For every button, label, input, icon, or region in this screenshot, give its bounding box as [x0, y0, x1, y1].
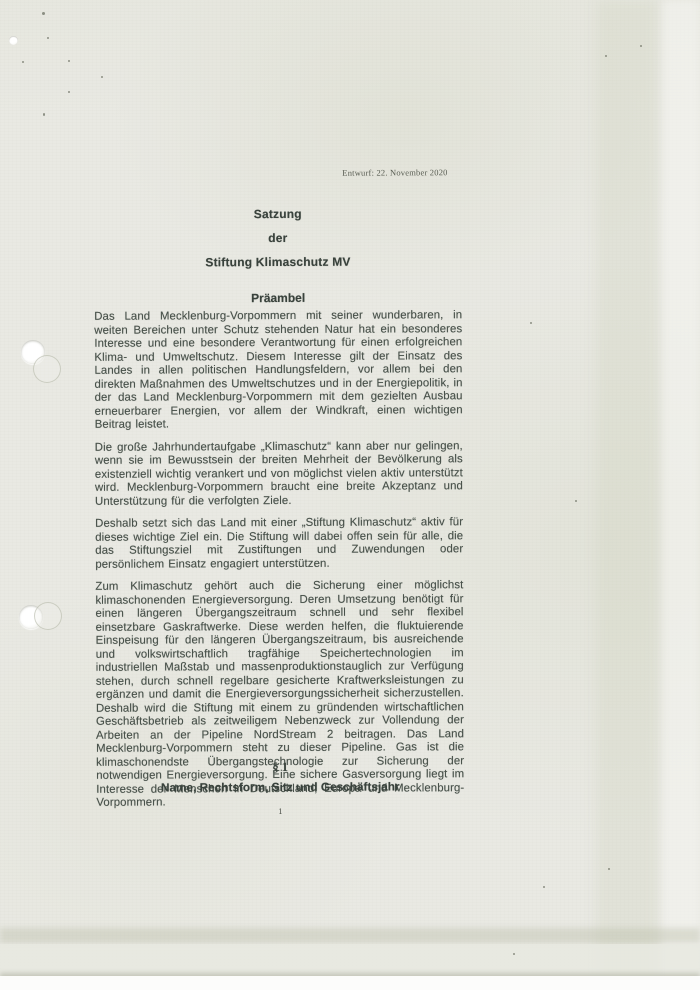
scan-speck [42, 12, 45, 15]
title-line-der: der [94, 225, 462, 251]
preamble-paragraph-4: Zum Klimaschutz gehört auch die Sicherun… [95, 579, 464, 810]
punch-hole-lower-ghost [34, 602, 62, 630]
scan-speck [47, 37, 49, 39]
document-title: Satzung der Stiftung Klimaschutz MV [94, 201, 462, 275]
scan-speck [543, 886, 545, 888]
scan-speck [530, 322, 532, 324]
title-line-satzung: Satzung [94, 201, 462, 227]
scan-speck [43, 113, 45, 116]
preamble-paragraph-3: Deshalb setzt sich das Land mit einer „S… [95, 516, 463, 572]
punch-hole-upper-ghost [33, 355, 61, 383]
scanned-document-page: Entwurf: 22. November 2020 Satzung der S… [0, 0, 700, 990]
scan-speck [513, 953, 515, 955]
scan-speck [608, 868, 610, 870]
scan-speck [575, 500, 577, 502]
scan-speck [68, 60, 70, 62]
scan-highlight-right [662, 0, 700, 990]
scan-speck [640, 45, 642, 47]
draft-date-note: Entwurf: 22. November 2020 [342, 167, 447, 177]
preamble-heading: Präambel [94, 290, 462, 306]
scan-speck [68, 91, 70, 93]
preamble-body: Das Land Mecklenburg-Vorpommern mit sein… [94, 309, 464, 819]
punch-hole-small-top [9, 36, 18, 45]
scan-speck [605, 55, 607, 57]
section-1-title: Name, Rechtsform, Sitz und Geschäftsjahr [96, 779, 464, 795]
document-text-column: Entwurf: 22. November 2020 Satzung der S… [93, 0, 465, 990]
section-1-number: § 1 [96, 759, 464, 776]
preamble-paragraph-1: Das Land Mecklenburg-Vorpommern mit sein… [94, 309, 463, 432]
title-line-stiftung: Stiftung Klimaschutz MV [94, 249, 462, 275]
scan-shading-right [596, 0, 658, 990]
scan-speck [22, 61, 24, 63]
preamble-paragraph-2: Die große Jahrhundertaufgabe „Klimaschut… [95, 440, 463, 509]
page-number: 1 [96, 805, 464, 817]
